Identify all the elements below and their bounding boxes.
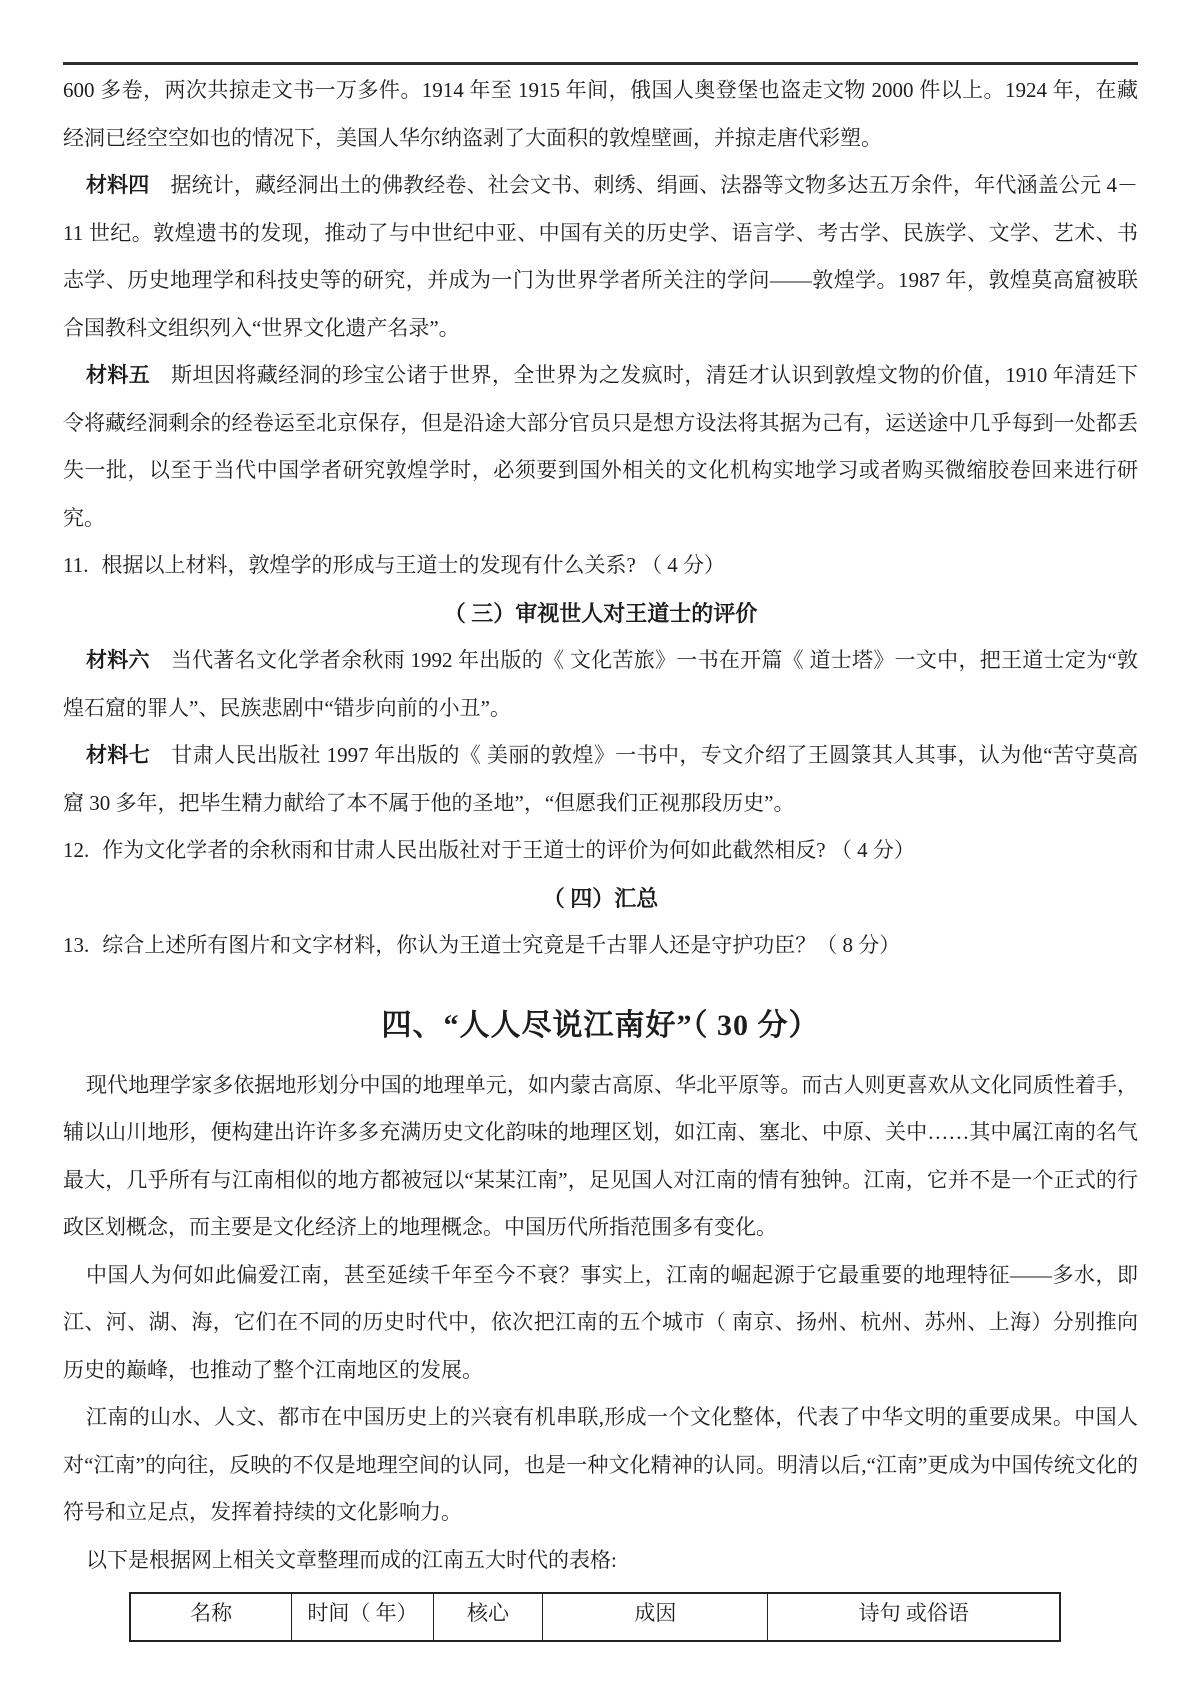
question-11-text: 根据以上材料，敦煌学的形成与王道士的发现有什么关系? （ 4 分） [101, 553, 725, 577]
question-11: 11.根据以上材料，敦煌学的形成与王道士的发现有什么关系? （ 4 分） [63, 542, 1138, 590]
material-five-paragraph: 材料五斯坦因将藏经洞的珍宝公诸于世界，全世界为之发疯时，清廷才认识到敦煌文物的价… [63, 352, 1138, 542]
material-five-label: 材料五 [86, 363, 150, 387]
material-four-text: 据统计，藏经洞出土的佛教经卷、社会文书、刺绣、绢画、法器等文物多达五万余件，年代… [63, 173, 1138, 340]
question-12: 12.作为文化学者的余秋雨和甘肃人民出版社对于王道士的评价为何如此截然相反? （… [63, 827, 1138, 875]
eras-table-header-core: 核心 [433, 1593, 543, 1641]
material-six-paragraph: 材料六当代著名文化学者余秋雨 1992 年出版的《 文化苦旅》一书在开篇《 道士… [63, 637, 1138, 732]
eras-table-header-time: 时间（ 年） [292, 1593, 433, 1641]
continued-looting-paragraph: 600 多卷，两次共掠走文书一万多件。1914 年至 1915 年间，俄国人奥登… [63, 67, 1138, 162]
eras-table-intro: 以下是根据网上相关文章整理而成的江南五大时代的表格: [63, 1537, 1138, 1585]
material-four-paragraph: 材料四据统计，藏经洞出土的佛教经卷、社会文书、刺绣、绢画、法器等文物多达五万余件… [63, 162, 1138, 352]
eras-table-header-name: 名称 [130, 1593, 292, 1641]
eras-table-header-row: 名称 时间（ 年） 核心 成因 诗句 或俗语 [130, 1593, 1060, 1641]
question-13-text: 综合上述所有图片和文字材料，你认为王道士究竟是千古罪人还是守护功臣？（ 8 分） [102, 933, 900, 957]
question-13: 13.综合上述所有图片和文字材料，你认为王道士究竟是千古罪人还是守护功臣？（ 8… [63, 922, 1138, 970]
jiangnan-section-heading: 四、“人人尽说江南好”（ 30 分） [63, 996, 1138, 1056]
subsection-three-heading: （ 三）审视世人对王道士的评价 [63, 590, 1138, 638]
jiangnan-paragraph-2: 中国人为何如此偏爱江南，甚至延续千年至今不衰？事实上，江南的崛起源于它最重要的地… [63, 1252, 1138, 1395]
material-five-text: 斯坦因将藏经洞的珍宝公诸于世界，全世界为之发疯时，清廷才认识到敦煌文物的价值，1… [63, 363, 1138, 530]
material-seven-paragraph: 材料七甘肃人民出版社 1997 年出版的《 美丽的敦煌》一书中，专文介绍了王圆箓… [63, 732, 1138, 827]
material-six-label: 材料六 [86, 648, 150, 672]
question-11-number: 11. [63, 553, 88, 577]
eras-table-header-cause: 成因 [543, 1593, 768, 1641]
question-12-number: 12. [63, 838, 89, 862]
question-13-number: 13. [63, 933, 89, 957]
material-six-text: 当代著名文化学者余秋雨 1992 年出版的《 文化苦旅》一书在开篇《 道士塔》一… [63, 648, 1138, 720]
subsection-four-heading: （ 四）汇总 [63, 875, 1138, 923]
material-seven-text: 甘肃人民出版社 1997 年出版的《 美丽的敦煌》一书中，专文介绍了王圆箓其人其… [63, 743, 1138, 815]
jiangnan-eras-table: 名称 时间（ 年） 核心 成因 诗句 或俗语 [129, 1592, 1061, 1642]
eras-table-header-verse: 诗句 或俗语 [768, 1593, 1060, 1641]
question-12-text: 作为文化学者的余秋雨和甘肃人民出版社对于王道士的评价为何如此截然相反? （ 4 … [102, 838, 915, 862]
exam-document-page: 600 多卷，两次共掠走文书一万多件。1914 年至 1915 年间，俄国人奥登… [0, 0, 1200, 1698]
jiangnan-paragraph-1: 现代地理学家多依据地形划分中国的地理单元，如内蒙古高原、华北平原等。而古人则更喜… [63, 1062, 1138, 1252]
jiangnan-paragraph-3: 江南的山水、人文、都市在中国历史上的兴衰有机串联,形成一个文化整体，代表了中华文… [63, 1394, 1138, 1537]
page-header-rule [63, 62, 1138, 65]
material-seven-label: 材料七 [86, 743, 150, 767]
material-four-label: 材料四 [86, 173, 149, 197]
